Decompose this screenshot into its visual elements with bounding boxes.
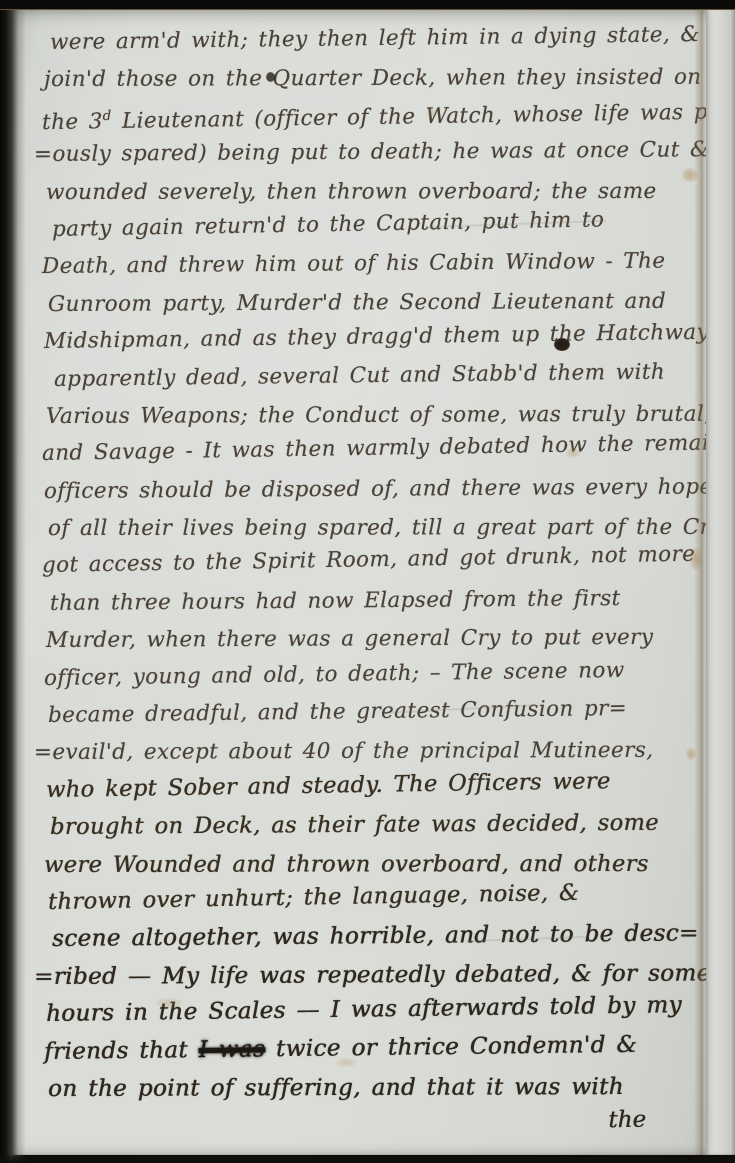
line-segment: friends that bbox=[44, 1037, 199, 1065]
manuscript-scan: were arm'd with; they then left him in a… bbox=[0, 0, 735, 1163]
struck-text: I was bbox=[198, 1036, 265, 1063]
line-segment: were Wounded and thrown overboard, and o… bbox=[44, 851, 649, 878]
line-segment: wounded severely, then thrown overboard;… bbox=[46, 178, 657, 204]
manuscript-line: brought on Deck, as their fate was decid… bbox=[50, 805, 706, 847]
line-segment: thrown over unhurt; the language, noise,… bbox=[48, 880, 580, 915]
book-gutter bbox=[0, 0, 26, 1163]
foxing-spot bbox=[566, 448, 580, 458]
line-segment: Midshipman, and as they dragg'd them up … bbox=[44, 320, 709, 354]
line-segment: hours in the Scales — I was afterwards t… bbox=[46, 992, 682, 1027]
line-segment: Death, and threw him out of his Cabin Wi… bbox=[42, 249, 666, 279]
scan-bottom-edge bbox=[0, 1154, 735, 1163]
manuscript-line: apparently dead, several Cut and Stabb'd… bbox=[54, 353, 706, 398]
manuscript-line: friends that I was twice or thrice Conde… bbox=[44, 1025, 706, 1070]
catchword: the bbox=[6, 1106, 670, 1144]
line-segment: =ously spared) being put to death; he wa… bbox=[34, 137, 710, 167]
line-segment: became dreadful, and the greatest Confus… bbox=[48, 696, 627, 728]
line-segment: Lieutenant (officer of the Watch, whose … bbox=[112, 99, 735, 134]
line-segment: officers should be disposed of, and ther… bbox=[44, 474, 713, 504]
line-segment: officer, young and old, to death; – The … bbox=[44, 658, 625, 691]
line-segment: d bbox=[103, 109, 112, 124]
manuscript-line: became dreadful, and the greatest Confus… bbox=[48, 689, 706, 734]
line-segment: Murder, when there was a general Cry to … bbox=[46, 625, 653, 653]
ink-blot bbox=[554, 338, 570, 351]
line-segment: brought on Deck, as their fate was decid… bbox=[50, 810, 659, 840]
manuscript-line: were arm'd with; they then left him in a… bbox=[50, 16, 706, 61]
manuscript-line: officers should be disposed of, and ther… bbox=[44, 468, 706, 510]
scan-top-edge bbox=[0, 0, 735, 10]
foxing-spot bbox=[336, 1058, 356, 1067]
manuscript-line: on the point of suffering, and that it w… bbox=[48, 1069, 706, 1109]
line-segment: Gunroom party, Murder'd the Second Lieut… bbox=[48, 288, 666, 316]
line-segment: scene altogether, was horrible, and not … bbox=[52, 921, 699, 953]
manuscript-line: scene altogether, was horrible, and not … bbox=[52, 916, 706, 959]
manuscript-page: were arm'd with; they then left him in a… bbox=[6, 8, 706, 1155]
line-segment: than three hours had now Elapsed from th… bbox=[50, 586, 621, 616]
line-segment: were arm'd with; they then left him in a… bbox=[50, 22, 700, 55]
adjacent-page-edge bbox=[706, 8, 735, 1155]
ink-blot bbox=[266, 72, 275, 82]
line-segment: and Savage - It was then warmly debated … bbox=[42, 430, 735, 466]
line-segment: =evail'd, except about 40 of the princip… bbox=[34, 738, 654, 765]
line-segment: who kept Sober and steady. The Officers … bbox=[46, 768, 611, 803]
foxing-spot bbox=[426, 108, 438, 117]
line-segment: twice or thrice Condemn'd & bbox=[265, 1031, 637, 1062]
line-segment: join'd those on the Quarter Deck, when t… bbox=[44, 65, 702, 92]
line-segment: on the point of suffering, and that it w… bbox=[48, 1074, 624, 1102]
manuscript-line: Death, and threw him out of his Cabin Wi… bbox=[42, 243, 706, 286]
foxing-spot bbox=[156, 998, 182, 1008]
manuscript-line: than three hours had now Elapsed from th… bbox=[50, 579, 706, 622]
manuscript-line: =ously spared) being put to death; he wa… bbox=[34, 131, 706, 173]
handwritten-text-block: were arm'd with; they then left him in a… bbox=[42, 24, 706, 1108]
line-segment: apparently dead, several Cut and Stabb'd… bbox=[54, 359, 665, 391]
line-segment: the 3 bbox=[42, 109, 103, 135]
line-segment: =ribed — My life was repeatedly debated,… bbox=[34, 960, 711, 990]
line-segment: Various Weapons; the Conduct of some, wa… bbox=[46, 402, 711, 429]
line-segment: got access to the Spirit Room, and got d… bbox=[42, 542, 696, 578]
